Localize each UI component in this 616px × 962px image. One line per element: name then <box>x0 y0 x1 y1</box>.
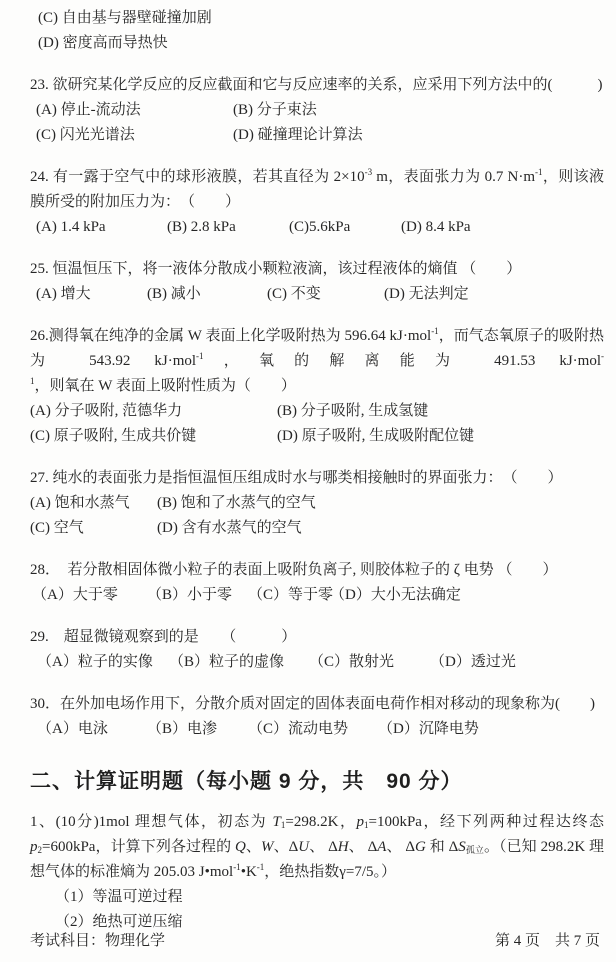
option: (D) 原子吸附, 生成吸附配位键 <box>277 424 604 449</box>
question-options: （A）大于零 （B）小于零 （C）等于零 （D）大小无法确定 <box>32 583 604 608</box>
problem-1-subitem: （1）等温可逆过程 <box>55 885 604 910</box>
option: (A) 1.4 kPa <box>36 215 167 240</box>
question-23: 23. 欲研究某化学反应的反应截面和它与反应速率的关系，应采用下列方法中的( )… <box>30 73 604 148</box>
question-30: 30．在外加电场作用下，分散介质对固定的固体表面电荷作相对移动的现象称为( ) … <box>30 692 604 742</box>
exam-paper-page: (C) 自由基与器壁碰撞加剧 (D) 密度高而导热快 23. 欲研究某化学反应的… <box>0 0 616 962</box>
option: (C)5.6kPa <box>289 215 401 240</box>
question-options: （A）电泳 （B）电渗 （C）流动电势 （D）沉降电势 <box>37 717 604 742</box>
question-stem: 27. 纯水的表面张力是指恒温恒压组成时水与哪类相接触时的界面张力： （ ） <box>30 466 604 491</box>
option: (D) 8.4 kPa <box>401 215 604 240</box>
option: (D) 含有水蒸气的空气 <box>157 516 604 541</box>
question-stem: 24. 有一露于空气中的球形液膜，若其直径为 2×10-3 m，表面张力为 0.… <box>30 165 604 215</box>
question-stem: 28． 若分散相固体微小粒子的表面上吸附负离子, 则胶体粒子的 ζ 电势 （ ） <box>30 558 604 583</box>
question-25: 25. 恒温恒压下，将一液体分散成小颗粒液滴，该过程液体的熵值 （ ） (A) … <box>30 257 604 307</box>
footer-exam-subject: 考试科目：物理化学 <box>30 930 165 952</box>
option: （B）电渗 <box>147 717 248 742</box>
option: （D）大小无法确定 <box>330 583 604 608</box>
option: (C) 闪光光谱法 <box>36 123 233 148</box>
option: （B）粒子的虚像 <box>169 650 309 675</box>
question-options: (A) 增大 (B) 减小 (C) 不变 (D) 无法判定 <box>36 282 604 307</box>
option: （A）电泳 <box>37 717 147 742</box>
option: （C）散射光 <box>309 650 430 675</box>
option: （D）透过光 <box>430 650 604 675</box>
option: （A）大于零 <box>32 583 147 608</box>
question-stem: 23. 欲研究某化学反应的反应截面和它与反应速率的关系，应采用下列方法中的( ) <box>30 73 604 98</box>
option: (C) 不变 <box>267 282 384 307</box>
question-24: 24. 有一露于空气中的球形液膜，若其直径为 2×10-3 m，表面张力为 0.… <box>30 165 604 240</box>
question-options: (A) 1.4 kPa (B) 2.8 kPa (C)5.6kPa (D) 8.… <box>36 215 604 240</box>
option: (A) 增大 <box>36 282 147 307</box>
option: （B）小于零 <box>147 583 248 608</box>
question-stem: 26.测得氧在纯净的金属 W 表面上化学吸附热为 596.64 kJ·mol-1… <box>30 324 604 399</box>
question-stem: 30．在外加电场作用下，分散介质对固定的固体表面电荷作相对移动的现象称为( ) <box>30 692 604 717</box>
option: (D) 密度高而导热快 <box>38 31 604 56</box>
question-options: （A）粒子的实像 （B）粒子的虚像 （C）散射光 （D）透过光 <box>37 650 604 675</box>
option: （D）沉降电势 <box>378 717 604 742</box>
footer-page-number: 第 4 页 共 7 页 <box>495 930 600 952</box>
option: （A）粒子的实像 <box>37 650 169 675</box>
option: (D) 无法判定 <box>384 282 604 307</box>
option: (B) 饱和了水蒸气的空气 <box>157 491 604 516</box>
option: (B) 分子束法 <box>233 98 604 123</box>
option: (A) 分子吸附, 范德华力 <box>30 399 277 424</box>
question-28: 28． 若分散相固体微小粒子的表面上吸附负离子, 则胶体粒子的 ζ 电势 （ ）… <box>30 558 604 608</box>
option: (A) 停止-流动法 <box>36 98 233 123</box>
question-stem: 25. 恒温恒压下，将一液体分散成小颗粒液滴，该过程液体的熵值 （ ） <box>30 257 604 282</box>
question-29: 29. 超显微镜观察到的是 （ ） （A）粒子的实像 （B）粒子的虚像 （C）散… <box>30 625 604 675</box>
section-2-heading: 二、计算证明题（每小题 9 分，共 90 分） <box>30 766 604 798</box>
question-options: (A) 饱和水蒸气 (B) 饱和了水蒸气的空气 (C) 空气 (D) 含有水蒸气… <box>30 491 604 541</box>
option: (B) 分子吸附, 生成氢键 <box>277 399 604 424</box>
option: (B) 2.8 kPa <box>167 215 289 240</box>
question-stem: 29. 超显微镜观察到的是 （ ） <box>30 625 604 650</box>
option: (A) 饱和水蒸气 <box>30 491 157 516</box>
option: (D) 碰撞理论计算法 <box>233 123 604 148</box>
option: (C) 自由基与器壁碰撞加剧 <box>38 6 604 31</box>
question-options: (A) 停止-流动法 (B) 分子束法 (C) 闪光光谱法 (D) 碰撞理论计算… <box>36 98 604 148</box>
option: (C) 空气 <box>30 516 157 541</box>
question-options: (A) 分子吸附, 范德华力 (B) 分子吸附, 生成氢键 (C) 原子吸附, … <box>30 399 604 449</box>
carryover-options: (C) 自由基与器壁碰撞加剧 (D) 密度高而导热快 <box>38 6 604 56</box>
option: (B) 减小 <box>147 282 267 307</box>
option: （C）等于零 <box>248 583 330 608</box>
question-27: 27. 纯水的表面张力是指恒温恒压组成时水与哪类相接触时的界面张力： （ ） (… <box>30 466 604 541</box>
page-footer: 考试科目：物理化学 第 4 页 共 7 页 <box>30 930 600 952</box>
question-26: 26.测得氧在纯净的金属 W 表面上化学吸附热为 596.64 kJ·mol-1… <box>30 324 604 449</box>
option: （C）流动电势 <box>248 717 378 742</box>
option: (C) 原子吸附, 生成共价键 <box>30 424 277 449</box>
problem-1-text: 1、(10分)1mol 理想气体，初态为 T1=298.2K，p1=100kPa… <box>30 810 604 885</box>
